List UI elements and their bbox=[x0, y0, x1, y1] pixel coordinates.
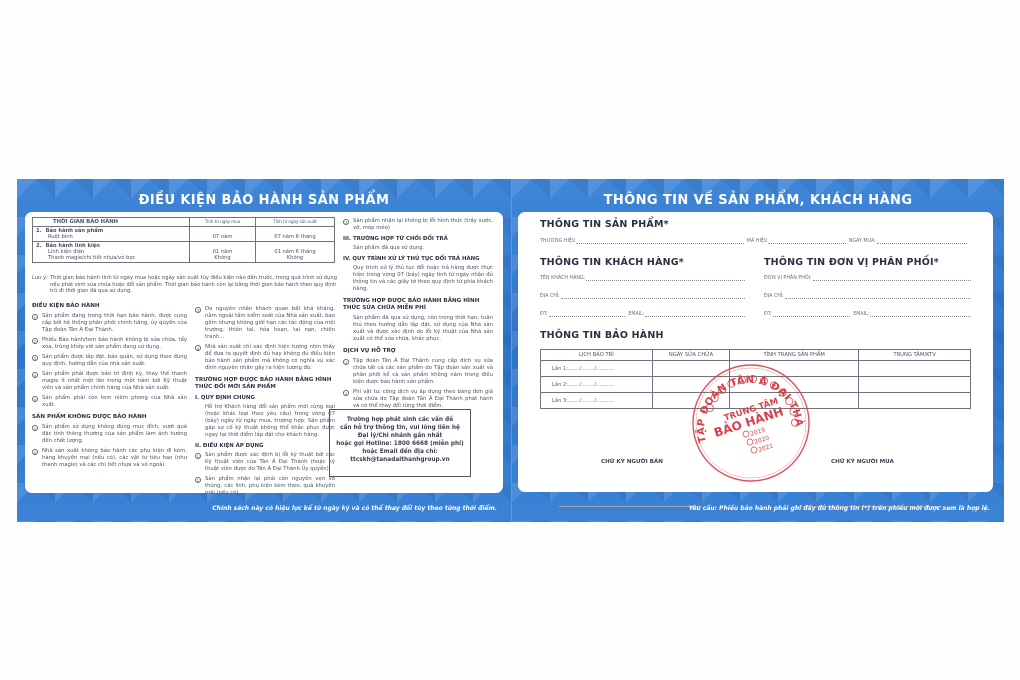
table-row: 1.Bảo hành sản phẩmRuột bình 07 năm 07 n… bbox=[33, 227, 335, 242]
requirement-footer: Yêu cầu: Phiếu bảo hành phải ghi đầy đủ … bbox=[689, 505, 990, 512]
purchase-date-field[interactable] bbox=[877, 239, 967, 244]
maintenance-date-1[interactable]: Lần 1:......./......../........... bbox=[541, 361, 653, 377]
hotline: hoặc gọi Hotline: 1800 6668 (miễn phí) bbox=[330, 440, 470, 448]
distributor-info-heading: THÔNG TIN ĐƠN VỊ PHÂN PHỐI* bbox=[764, 257, 939, 268]
list-item: 2Sản phẩm nhận lại phải còn nguyên vẹn v… bbox=[195, 476, 335, 497]
list-item: 4Sản phẩm phải được bảo trì định kỳ, tha… bbox=[32, 371, 187, 392]
conditions-title: ĐIỀU KIỆN BẢO HÀNH SẢN PHẨM bbox=[17, 193, 511, 208]
list-item: 2Nhà sản xuất không bảo hành các phụ kiệ… bbox=[32, 448, 187, 469]
customer-email-field[interactable] bbox=[645, 312, 745, 317]
warranty-note: Lưu ý: Thời gian bảo hành tính từ ngày m… bbox=[32, 275, 337, 295]
distributor-phone-field[interactable] bbox=[773, 312, 850, 317]
product-info-heading: THÔNG TIN SẢN PHẨM* bbox=[540, 219, 669, 230]
support-heading: DỊCH VỤ HỖ TRỢ bbox=[343, 348, 493, 355]
table-header: LỊCH BẢO TRÌ bbox=[541, 350, 653, 361]
table-header: TÌNH TRẠNG SẢN PHẨM bbox=[730, 350, 859, 361]
list-item: 3Sản phẩm được lắp đặt, bảo quản, sử dụn… bbox=[32, 354, 187, 368]
list-item: 2Phí vật tư, công dịch vụ áp dụng theo b… bbox=[343, 389, 493, 410]
model-field[interactable] bbox=[768, 239, 845, 244]
warranty-info-heading: THÔNG TIN BẢO HÀNH bbox=[540, 330, 664, 341]
table-header: NGÀY SỬA CHỮA bbox=[652, 350, 729, 361]
customer-name-field[interactable] bbox=[586, 276, 745, 281]
list-item: 1Sản phẩm sử dụng không đúng mục đích, v… bbox=[32, 424, 187, 445]
list-item: 3Sản phẩm nhận lại không bị lỗi hình thứ… bbox=[343, 218, 493, 232]
product-fields: THƯƠNG HIỆU MÃ HIỆU NGÀY MUA: bbox=[540, 239, 970, 244]
repair-heading: TRƯỜNG HỢP ĐƯỢC BẢO HÀNH BẰNG HÌNH THỨC … bbox=[343, 298, 493, 312]
customer-info-heading: THÔNG TIN KHÁCH HÀNG* bbox=[540, 257, 684, 268]
list-item: 2Phiếu Bảo hành/tem bảo hành không bị sử… bbox=[32, 337, 187, 351]
list-item: 3Do nguyên nhân khách quan bất khả kháng… bbox=[195, 306, 335, 341]
table-header: Tính từ ngày sản xuất bbox=[255, 218, 334, 227]
list-item: 1Tập đoàn Tân Á Đại Thành cung cấp dịch … bbox=[343, 358, 493, 386]
center-cell[interactable] bbox=[859, 361, 971, 377]
seller-signature-label: CHỮ KÝ NGƯỜI BÁN bbox=[601, 459, 663, 465]
distributor-name-field[interactable] bbox=[813, 276, 971, 281]
center-cell[interactable] bbox=[859, 393, 971, 409]
table-header: TRUNG TÂM/KTV bbox=[859, 350, 971, 361]
list-item: 4Nhà sản xuất chỉ xác định hiện tượng nh… bbox=[195, 344, 335, 372]
list-item: 1Sản phẩm được xác định bị lỗi kỹ thuật … bbox=[195, 452, 335, 473]
conditions-column-3: 3Sản phẩm nhận lại không bị lỗi hình thứ… bbox=[343, 218, 493, 413]
conditions-column-1: ĐIỀU KIỆN BẢO HÀNH 1Sản phẩm đang trong … bbox=[32, 298, 187, 472]
distributor-email-field[interactable] bbox=[870, 312, 971, 317]
conditions-column-2: 3Do nguyên nhân khách quan bất khả kháng… bbox=[195, 306, 335, 500]
exchange-heading: TRƯỜNG HỢP ĐƯỢC BẢO HÀNH BẰNG HÌNH THỨC … bbox=[195, 377, 335, 391]
brand-field[interactable] bbox=[576, 239, 743, 244]
customer-phone-field[interactable] bbox=[549, 312, 626, 317]
warranty-card-sheet: ĐIỀU KIỆN BẢO HÀNH SẢN PHẨM THỜI GIAN BẢ… bbox=[17, 179, 1004, 522]
seller-signature-line[interactable] bbox=[559, 506, 702, 507]
info-title: THÔNG TIN VỀ SẢN PHẨM, KHÁCH HÀNG bbox=[512, 193, 1004, 208]
warranty-center-stamp: TẬP ĐOÀN TÂN Á ĐẠI THÀNH TRUNG TÂM BẢO H… bbox=[690, 362, 812, 484]
warranty-period-table: THỜI GIAN BẢO HÀNH Tính từ ngày mua Tính… bbox=[32, 217, 335, 263]
table-header: Tính từ ngày mua bbox=[190, 218, 256, 227]
not-covered-heading: SẢN PHẨM KHÔNG ĐƯỢC BẢO HÀNH bbox=[32, 414, 187, 421]
contact-box: Trường hợp phát sinh các vấn đề cần hỗ t… bbox=[329, 409, 471, 477]
policy-footer: Chính sách này có hiệu lực kể từ ngày ký… bbox=[212, 505, 497, 512]
customer-address-field[interactable] bbox=[561, 294, 745, 299]
center-cell[interactable] bbox=[859, 377, 971, 393]
buyer-signature-label: CHỮ KÝ NGƯỜI MUA bbox=[831, 459, 894, 465]
table-header: THỜI GIAN BẢO HÀNH bbox=[33, 218, 190, 227]
warranty-conditions-panel: ĐIỀU KIỆN BẢO HÀNH SẢN PHẨM THỜI GIAN BẢ… bbox=[17, 179, 512, 522]
maintenance-date-2[interactable]: Lần 2:......./......../........... bbox=[541, 377, 653, 393]
list-item: 5Sản phẩm phải còn tem niêm phong của Nh… bbox=[32, 395, 187, 409]
table-row: 2.Bảo hành linh kiệnLinh kiện điệnThanh … bbox=[33, 242, 335, 263]
maintenance-date-3[interactable]: Lần 3:......./......../........... bbox=[541, 393, 653, 409]
list-item: 1Sản phẩm đang trong thời hạn bảo hành, … bbox=[32, 313, 187, 334]
conditions-heading: ĐIỀU KIỆN BẢO HÀNH bbox=[32, 303, 187, 310]
support-email[interactable]: ttcskh@tanadaithanhgroup.vn bbox=[330, 456, 470, 464]
distributor-address-field[interactable] bbox=[785, 294, 971, 299]
